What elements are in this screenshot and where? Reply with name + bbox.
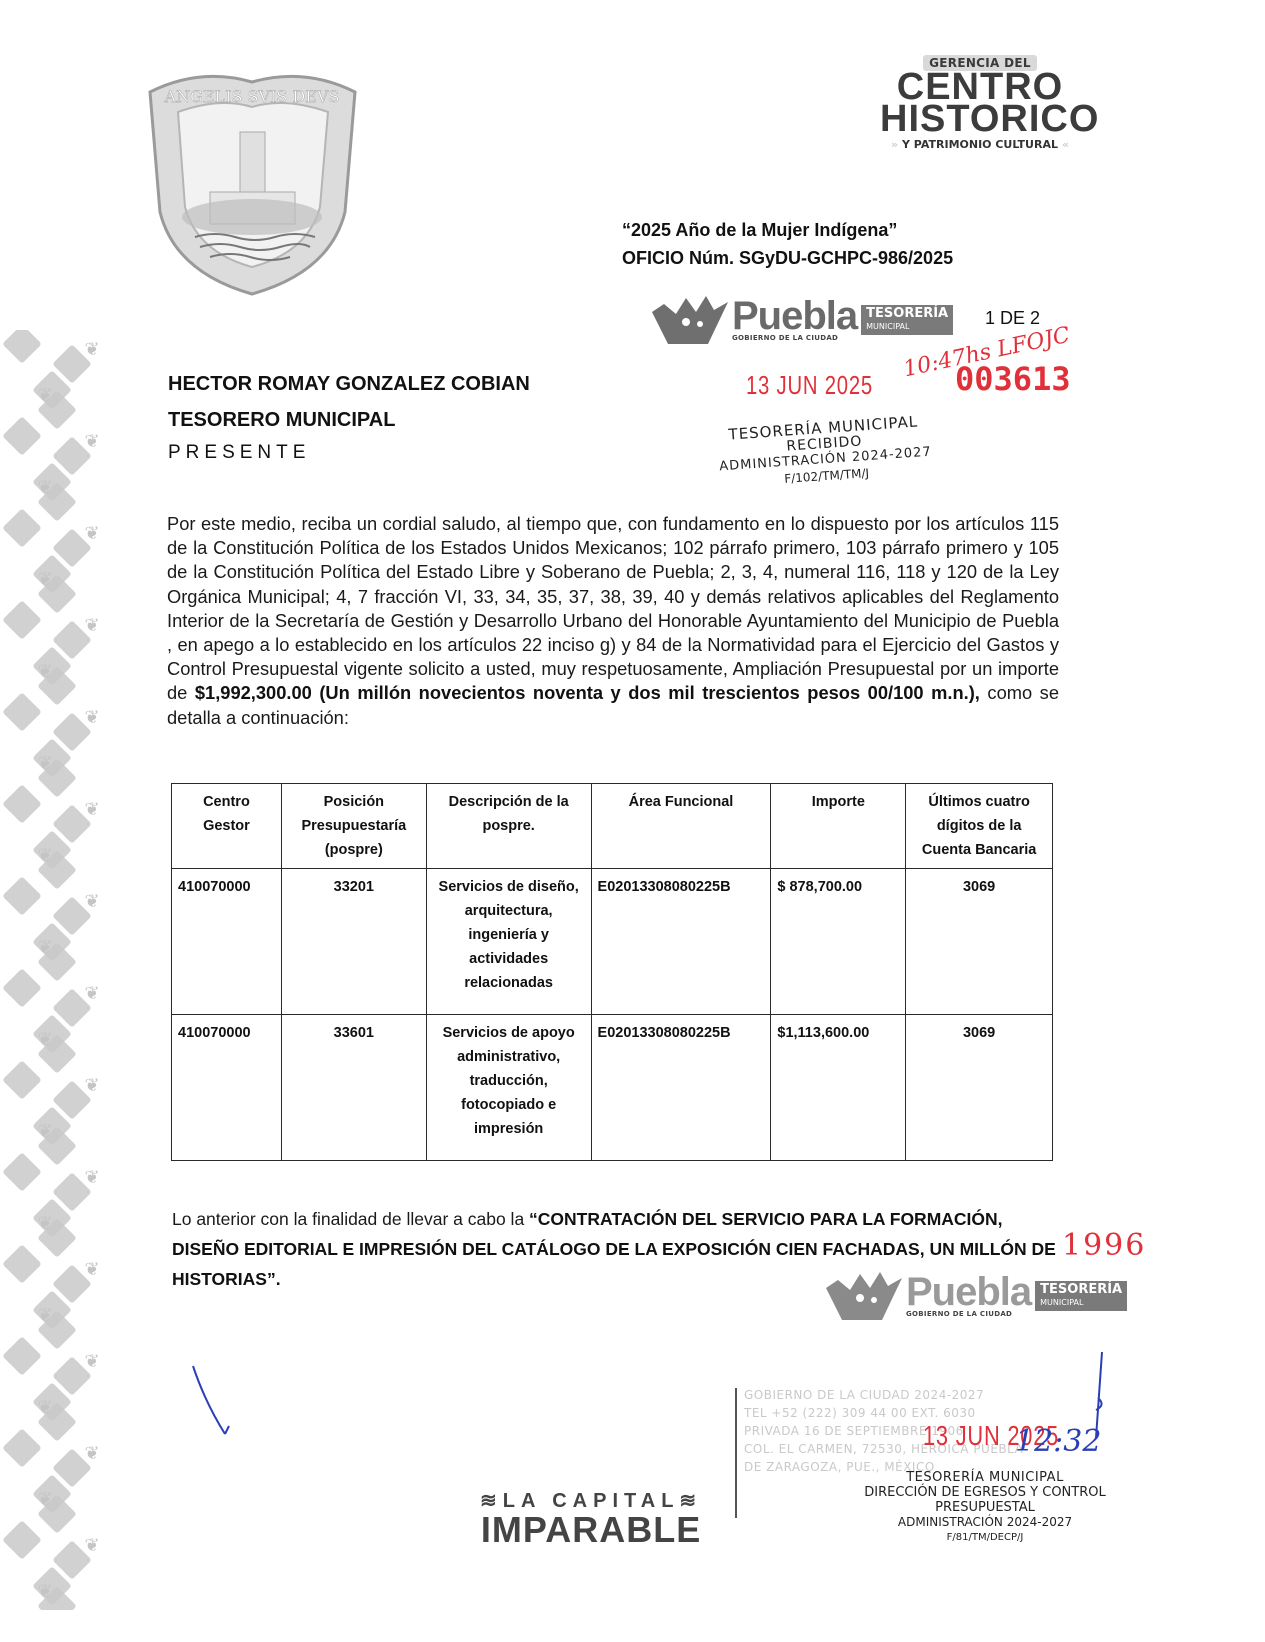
stamp-line: PRESUPUESTAL <box>850 1500 1120 1515</box>
capital-imparable-logo: ≋LA CAPITAL≋ IMPARABLE <box>480 1488 702 1547</box>
puebla-emblem-icon <box>822 1268 906 1324</box>
leaf-ornament-icon: ❦ <box>82 982 102 1006</box>
diamond-ornament-icon <box>2 416 42 456</box>
body-paragraph: Por este medio, reciba un cordial saludo… <box>167 512 1059 730</box>
tesoreria-sub: MUNICIPAL <box>1040 1296 1122 1309</box>
year-motto: “2025 Año de la Mujer Indígena” <box>622 220 897 241</box>
leaf-ornament-icon: ❦ <box>35 1212 55 1236</box>
diamond-ornament-icon <box>2 968 42 1008</box>
folio-number: 003613 <box>955 360 1071 398</box>
cell-importe: $ 878,700.00 <box>771 869 906 1015</box>
footer-divider <box>735 1388 737 1518</box>
leaf-ornament-icon: ❦ <box>35 752 55 776</box>
cell-cuenta: 3069 <box>906 869 1053 1015</box>
diamond-ornament-icon <box>2 1244 42 1284</box>
leaf-ornament-icon: ❦ <box>35 384 55 408</box>
stamp-line: DIRECCIÓN DE EGRESOS Y CONTROL <box>850 1485 1120 1500</box>
leaf-ornament-icon: ❦ <box>82 338 102 362</box>
budget-table: Centro Gestor Posición Presupuestaría (p… <box>171 783 1053 1161</box>
oficio-number: OFICIO Núm. SGyDU-GCHPC-986/2025 <box>622 248 953 269</box>
leaf-ornament-icon: ❦ <box>82 1442 102 1466</box>
leaf-ornament-icon: ❦ <box>35 1120 55 1144</box>
tesoreria-title: TESORERÍA <box>866 306 948 321</box>
stamp-line: ADMINISTRACIÓN 2024-2027 <box>850 1515 1120 1530</box>
cell-importe: $1,113,600.00 <box>771 1015 906 1161</box>
col-header: Posición Presupuestaría (pospre) <box>281 784 426 869</box>
city-crest-logo: ANGELIS SVIS DEVS <box>140 62 365 297</box>
leaf-ornament-icon: ❦ <box>35 660 55 684</box>
svg-text:ANGELIS SVIS DEVS: ANGELIS SVIS DEVS <box>164 87 340 106</box>
tesoreria-box: TESORERÍA MUNICIPAL <box>1035 1281 1127 1311</box>
addressee-block: HECTOR ROMAY GONZALEZ COBIAN TESORERO MU… <box>168 366 530 468</box>
leaf-ornament-icon: ❦ <box>82 1074 102 1098</box>
body-text: Por este medio, reciba un cordial saludo… <box>167 513 1059 703</box>
leaf-ornament-icon: ❦ <box>82 1350 102 1374</box>
leaf-ornament-icon: ❦ <box>35 1304 55 1328</box>
leaf-ornament-icon: ❦ <box>82 890 102 914</box>
cell-area-funcional: E02013308080225B <box>591 869 771 1015</box>
col-header: Centro Gestor <box>172 784 282 869</box>
leaf-ornament-icon: ❦ <box>82 1258 102 1282</box>
leaf-ornament-icon: ❦ <box>35 936 55 960</box>
gerencia-centro-historico-logo: GERENCIA DEL CENTRO HISTORICO » Y PATRIM… <box>880 52 1080 151</box>
chevron-icon: « <box>1062 138 1069 151</box>
diamond-ornament-icon <box>2 1520 42 1560</box>
cell-descripcion: Servicios de diseño, arquitectura, ingen… <box>426 869 591 1015</box>
leaf-ornament-icon: ❦ <box>82 430 102 454</box>
signature-mark-icon <box>1088 1350 1108 1440</box>
leaf-ornament-icon: ❦ <box>82 706 102 730</box>
page-count: 1 DE 2 <box>985 308 1040 329</box>
diamond-ornament-icon <box>2 876 42 916</box>
puebla-brand: Puebla <box>732 298 857 334</box>
leaf-ornament-icon: ❦ <box>82 1166 102 1190</box>
cell-centro-gestor: 410070000 <box>172 1015 282 1161</box>
chevron-icon: » <box>891 138 898 151</box>
diamond-ornament-icon <box>2 1152 42 1192</box>
diamond-ornament-icon <box>2 784 42 824</box>
addressee-name: HECTOR ROMAY GONZALEZ COBIAN <box>168 366 530 402</box>
cell-area-funcional: E02013308080225B <box>591 1015 771 1161</box>
leaf-ornament-icon: ❦ <box>35 476 55 500</box>
stamp-line: F/81/TM/DECP/J <box>850 1530 1120 1545</box>
diamond-ornament-icon <box>2 1428 42 1468</box>
brand-bottom: IMPARABLE <box>480 1513 702 1547</box>
leaf-ornament-icon: ❦ <box>35 844 55 868</box>
control-number-stamp: 1996 <box>1062 1228 1146 1263</box>
cell-pospre: 33201 <box>281 869 426 1015</box>
leaf-ornament-icon: ❦ <box>82 1534 102 1558</box>
diamond-ornament-icon <box>2 692 42 732</box>
col-header: Descripción de la pospre. <box>426 784 591 869</box>
cell-pospre: 33601 <box>281 1015 426 1161</box>
requested-amount: $1,992,300.00 (Un millón novecientos nov… <box>195 682 980 703</box>
logo-subtitle: Y PATRIMONIO CULTURAL <box>902 138 1058 151</box>
leaf-ornament-icon: ❦ <box>35 1488 55 1512</box>
diamond-ornament-icon <box>2 1336 42 1376</box>
cell-cuenta: 3069 <box>906 1015 1053 1161</box>
reception-date-stamp: 13 JUN 2025 <box>746 370 873 401</box>
salutation: PRESENTE <box>168 438 530 468</box>
stamp-line: TESORERÍA MUNICIPAL <box>850 1470 1120 1485</box>
col-header: Importe <box>771 784 906 869</box>
leaf-ornament-icon: ❦ <box>35 1580 55 1604</box>
puebla-emblem-icon <box>648 292 732 348</box>
egresos-stamp-logo: Puebla GOBIERNO DE LA CIUDAD TESORERÍA M… <box>822 1268 1127 1324</box>
diamond-ornament-icon <box>2 600 42 640</box>
diamond-ornament-icon <box>2 508 42 548</box>
logo-line2: HISTORICO <box>880 103 1080 135</box>
tesoreria-box: TESORERÍA MUNICIPAL <box>861 305 953 335</box>
col-header: Últimos cuatro dígitos de la Cuenta Banc… <box>906 784 1053 869</box>
decorative-side-pattern: ❦❦❦❦❦❦❦❦❦❦❦❦❦❦❦❦❦❦❦❦❦❦❦❦❦❦❦❦ <box>0 330 110 1610</box>
address-line: GOBIERNO DE LA CIUDAD 2024-2027 <box>744 1386 1023 1404</box>
table-row: 410070000 33201 Servicios de diseño, arq… <box>172 869 1053 1015</box>
closing-lead: Lo anterior con la finalidad de llevar a… <box>172 1209 529 1229</box>
diamond-ornament-icon <box>2 330 42 364</box>
addressee-title: TESORERO MUNICIPAL <box>168 402 530 438</box>
recibido-stamp: TESORERÍA MUNICIPAL RECIBIDO ADMINISTRAC… <box>693 411 957 493</box>
puebla-brand: Puebla <box>906 1274 1031 1310</box>
tesoreria-reception-stamp-logo: Puebla GOBIERNO DE LA CIUDAD TESORERÍA M… <box>648 292 953 348</box>
leaf-ornament-icon: ❦ <box>82 614 102 638</box>
cell-centro-gestor: 410070000 <box>172 869 282 1015</box>
leaf-ornament-icon: ❦ <box>35 1396 55 1420</box>
col-header: Área Funcional <box>591 784 771 869</box>
signature-mark-icon <box>185 1362 245 1442</box>
cell-descripcion: Servicios de apoyo administrativo, tradu… <box>426 1015 591 1161</box>
egresos-stamp: TESORERÍA MUNICIPAL DIRECCIÓN DE EGRESOS… <box>850 1470 1120 1545</box>
leaf-ornament-icon: ❦ <box>35 1028 55 1052</box>
tesoreria-title: TESORERÍA <box>1040 1282 1122 1297</box>
table-row: 410070000 33601 Servicios de apoyo admin… <box>172 1015 1053 1161</box>
table-header-row: Centro Gestor Posición Presupuestaría (p… <box>172 784 1053 869</box>
tesoreria-sub: MUNICIPAL <box>866 320 948 333</box>
leaf-ornament-icon: ❦ <box>35 568 55 592</box>
diamond-ornament-icon <box>2 1060 42 1100</box>
leaf-ornament-icon: ❦ <box>82 522 102 546</box>
leaf-ornament-icon: ❦ <box>82 798 102 822</box>
